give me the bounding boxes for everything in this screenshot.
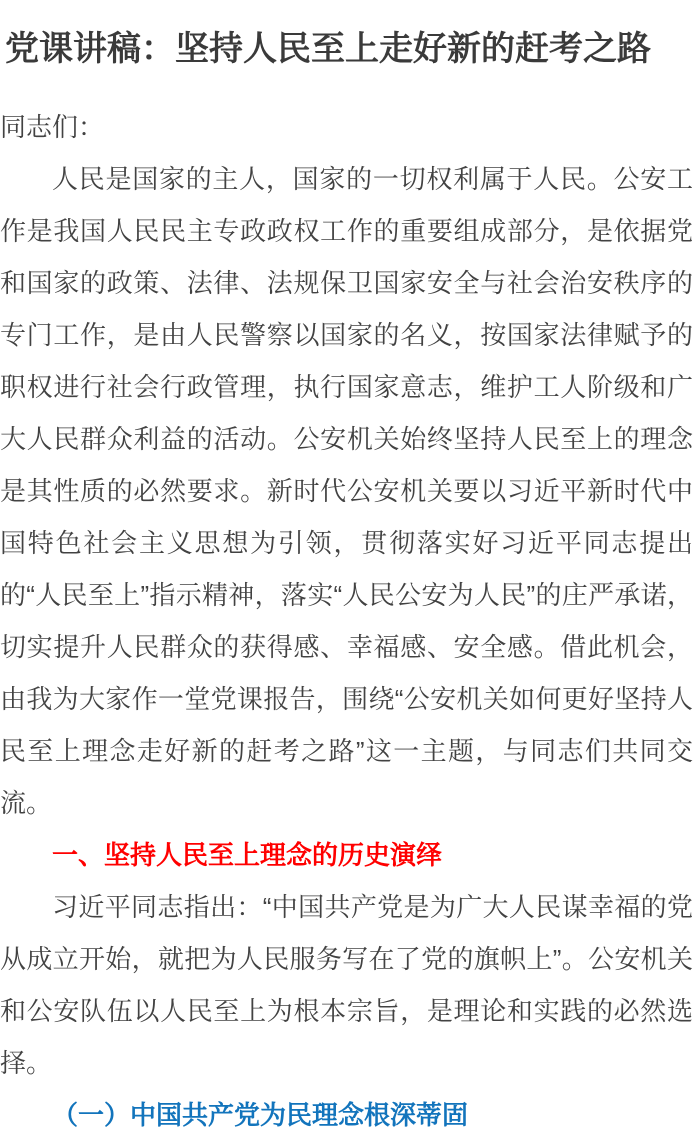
salutation: 同志们： xyxy=(0,101,693,153)
section-1-paragraph: 习近平同志指出：“中国共产党是为广大人民谋幸福的党从成立开始，就把为人民服务写在… xyxy=(0,881,693,1089)
intro-paragraph: 人民是国家的主人，国家的一切权利属于人民。公安工作是我国人民民主专政政权工作的重… xyxy=(0,153,693,829)
section-1-heading: 一、坚持人民至上理念的历史演绎 xyxy=(0,829,693,881)
document-page: 党课讲稿：坚持人民至上走好新的赶考之路 同志们： 人民是国家的主人，国家的一切权… xyxy=(0,0,693,1141)
page-title: 党课讲稿：坚持人民至上走好新的赶考之路 xyxy=(5,27,689,72)
